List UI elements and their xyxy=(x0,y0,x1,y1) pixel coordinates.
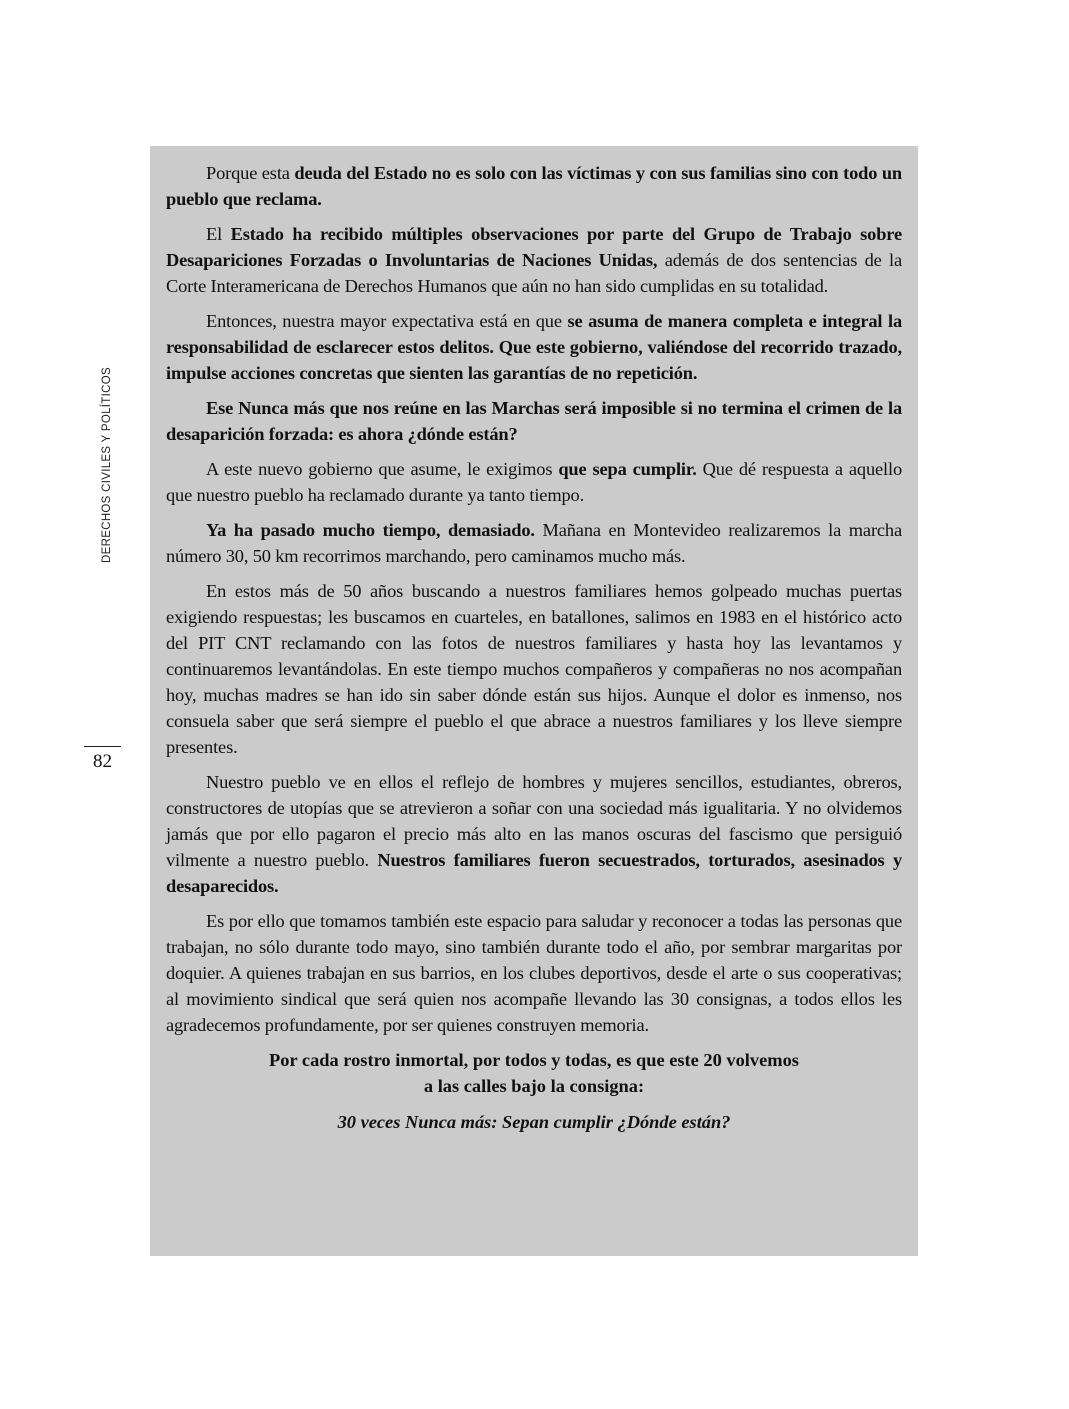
text-segment: A este nuevo gobierno que asume, le exig… xyxy=(206,459,558,479)
text-segment: Es por ello que tomamos también este esp… xyxy=(166,911,902,1035)
text-segment: El xyxy=(206,224,231,244)
paragraph-7: En estos más de 50 años buscando a nuest… xyxy=(166,578,902,760)
paragraph-3: Entonces, nuestra mayor expectativa está… xyxy=(166,308,902,386)
paragraph-8: Nuestro pueblo ve en ellos el reflejo de… xyxy=(166,769,902,899)
closing-statement: Por cada rostro inmortal, por todos y to… xyxy=(166,1047,902,1099)
text-segment: En estos más de 50 años buscando a nuest… xyxy=(166,581,902,757)
paragraph-9: Es por ello que tomamos también este esp… xyxy=(166,908,902,1038)
text-box: Porque esta deuda del Estado no es solo … xyxy=(150,146,918,1256)
page-number-rule xyxy=(84,746,121,747)
bold-segment: Ya ha pasado mucho tiempo, demasiado. xyxy=(206,520,535,540)
text-segment: Entonces, nuestra mayor expectativa está… xyxy=(206,311,567,331)
bold-segment: que sepa cumplir. xyxy=(558,459,696,479)
slogan: 30 veces Nunca más: Sepan cumplir ¿Dónde… xyxy=(166,1109,902,1135)
paragraph-5: A este nuevo gobierno que asume, le exig… xyxy=(166,456,902,508)
paragraph-4: Ese Nunca más que nos reúne en las March… xyxy=(166,395,902,447)
bold-segment: Ese Nunca más que nos reúne en las March… xyxy=(166,398,902,444)
paragraph-2: El Estado ha recibido múltiples observac… xyxy=(166,221,902,299)
paragraph-6: Ya ha pasado mucho tiempo, demasiado. Ma… xyxy=(166,517,902,569)
paragraph-1: Porque esta deuda del Estado no es solo … xyxy=(166,160,902,212)
closing-line-1: Por cada rostro inmortal, por todos y to… xyxy=(269,1050,799,1070)
page-number: 82 xyxy=(84,751,121,773)
section-side-label: DERECHOS CIVILES Y POLÍTICOS xyxy=(101,367,113,563)
closing-line-2: a las calles bajo la consigna: xyxy=(424,1076,644,1096)
text-segment: Porque esta xyxy=(206,163,294,183)
